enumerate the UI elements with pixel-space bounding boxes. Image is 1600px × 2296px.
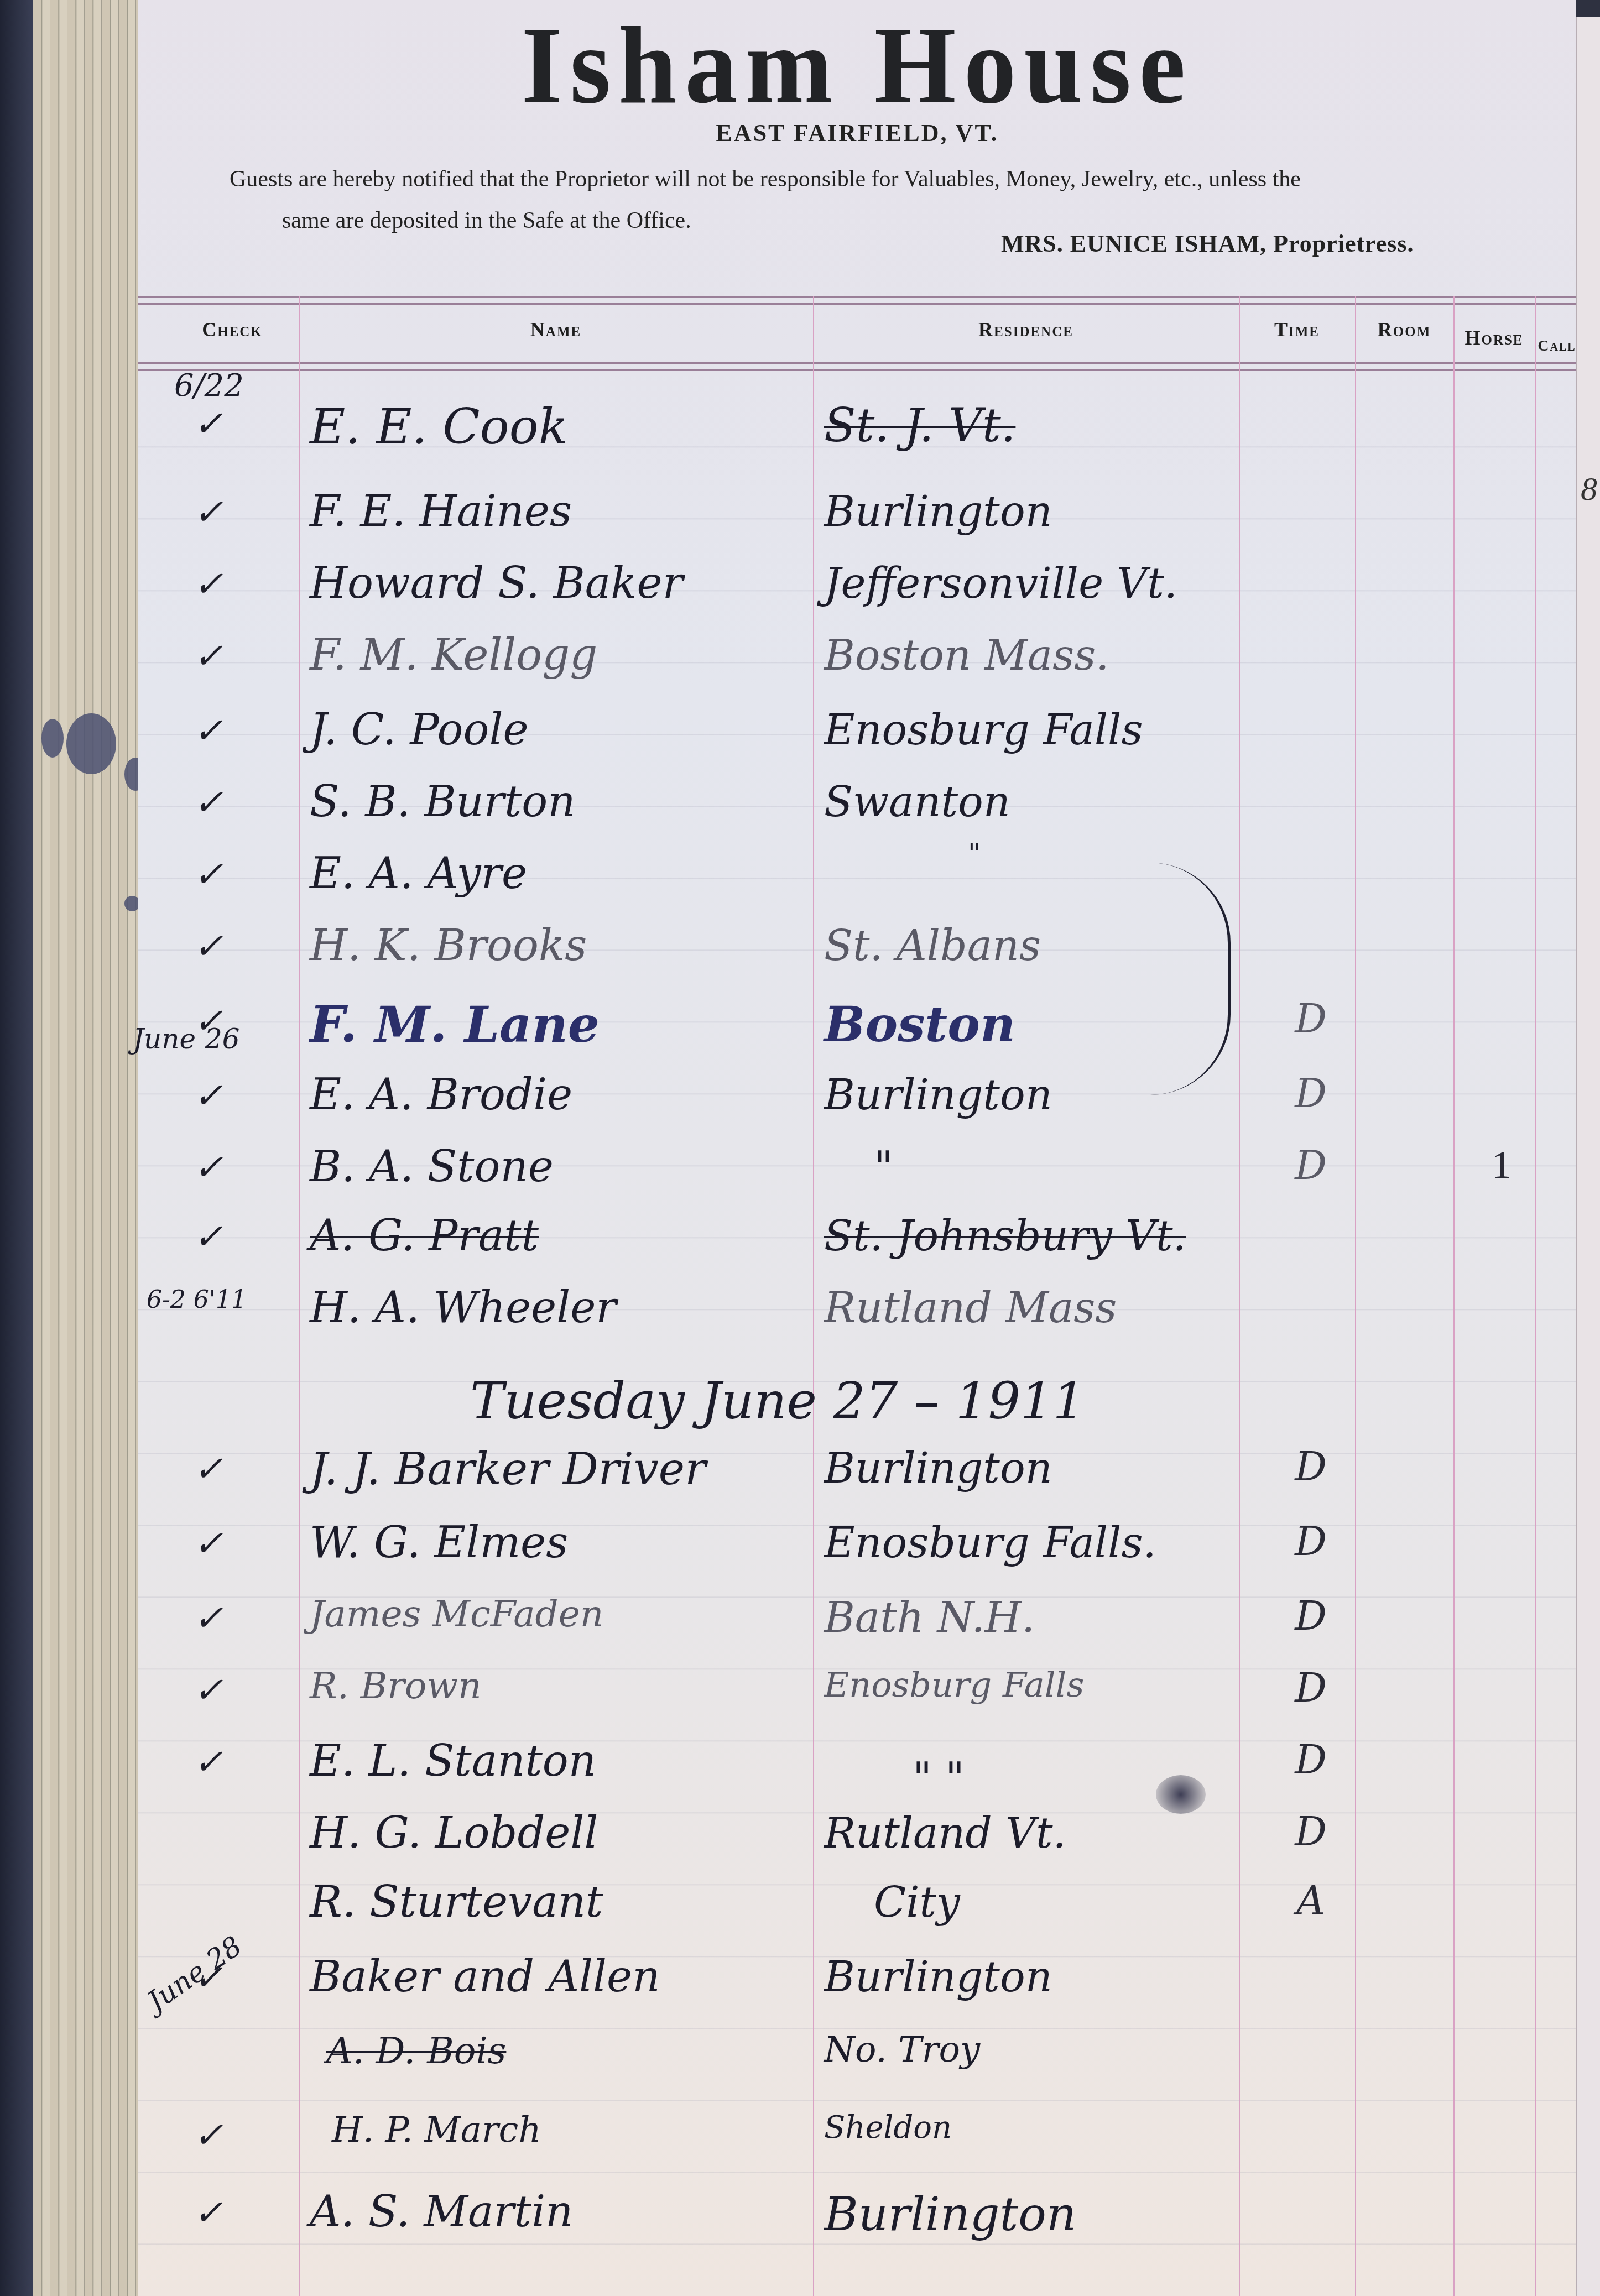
check-mark: ✓: [194, 926, 299, 967]
column-header-room: Room: [1355, 318, 1453, 341]
register-entry: ✓ James McFaden Bath N.H. D: [138, 1593, 1576, 1664]
proprietress-line: MRS. EUNICE ISHAM, Proprietress.: [1001, 229, 1414, 258]
guest-name: F. M. Lane: [310, 995, 819, 1054]
time-mark: D: [1255, 1443, 1366, 1490]
guest-name: E. E. Cook: [310, 398, 819, 455]
check-mark: ✓: [194, 854, 299, 895]
register-entry: A. D. Bois No. Troy: [138, 2029, 1576, 2101]
check-mark: ✓: [194, 492, 299, 533]
guest-name: R. Sturtevant: [310, 1877, 819, 1927]
time-mark: D: [1255, 1736, 1366, 1783]
check-mark: ✓: [194, 636, 299, 677]
guest-residence: Burlington: [824, 1952, 1244, 2001]
time-mark: D: [1255, 1142, 1366, 1188]
guest-residence: Swanton: [824, 777, 1244, 826]
header-top-rule: [138, 296, 1576, 305]
guest-name: E. A. Ayre: [310, 849, 819, 899]
register-entry: ✓ R. Brown Enosburg Falls D: [138, 1664, 1576, 1736]
column-header-call: Call: [1538, 337, 1576, 355]
column-header-name: Name: [299, 318, 813, 341]
register-entry: ✓ E. A. Brodie Burlington D: [138, 1070, 1576, 1142]
register-entry: ✓ E. L. Stanton " " D: [138, 1736, 1576, 1808]
time-mark: A: [1255, 1877, 1366, 1924]
guest-name: Howard S. Baker: [310, 559, 819, 608]
check-mark: ✓: [194, 711, 299, 752]
register-entry: ✓ J. C. Poole Enosburg Falls: [138, 705, 1576, 777]
check-mark: ✓: [194, 1670, 299, 1711]
guest-residence: Burlington: [824, 1070, 1244, 1119]
ink-blot: [41, 719, 64, 758]
check-mark: ✓: [194, 1001, 299, 1042]
column-header-check: Check: [166, 318, 299, 341]
guest-residence: St. J. Vt.: [824, 398, 1244, 452]
register-entry: H. G. Lobdell Rutland Vt. D: [138, 1808, 1576, 1880]
register-entry: ✓ Baker and Allen Burlington: [138, 1952, 1576, 2024]
guest-residence: Rutland Vt.: [824, 1808, 1244, 1857]
guest-name: A. G. Pratt: [310, 1211, 819, 1261]
guest-residence: City: [874, 1877, 1294, 1927]
guest-residence: Boston Mass.: [824, 630, 1244, 680]
guest-residence: Boston: [824, 995, 1244, 1053]
time-mark: D: [1255, 1593, 1366, 1639]
guest-name: S. B. Burton: [310, 777, 819, 827]
notice-line-1: Guests are hereby notified that the Prop…: [230, 166, 1301, 192]
guest-name: F. E. Haines: [310, 487, 819, 536]
guest-name: B. A. Stone: [310, 1142, 819, 1192]
guest-name: A. D. Bois: [326, 2029, 835, 2072]
register-entry: ✓ F. M. Lane Boston D: [138, 995, 1576, 1067]
horse-count: 1: [1460, 1142, 1543, 1188]
register-entry: ✓ W. G. Elmes Enosburg Falls. D: [138, 1518, 1576, 1590]
check-mark: ✓: [194, 1147, 299, 1188]
check-mark: ✓: [194, 564, 299, 605]
hotel-title: Isham House: [138, 3, 1576, 129]
page-stack-edge: [33, 0, 138, 2296]
guest-residence: Enosburg Falls: [824, 705, 1244, 754]
register-entry: ✓ B. A. Stone " D 1: [138, 1142, 1576, 1214]
guest-residence: No. Troy: [824, 2029, 1244, 2070]
next-page-mark: 8: [1581, 470, 1597, 508]
register-entry: H. A. Wheeler Rutland Mass: [138, 1283, 1576, 1355]
register-entry: ✓ A. G. Pratt St. Johnsbury Vt.: [138, 1211, 1576, 1283]
time-mark: D: [1255, 1518, 1366, 1564]
guest-residence: Burlington: [824, 1443, 1244, 1493]
guest-residence: ": [968, 838, 1388, 870]
column-header-residence: Residence: [813, 318, 1239, 341]
guest-residence: Rutland Mass: [824, 1283, 1244, 1332]
guest-name: H. G. Lobdell: [310, 1808, 819, 1858]
guest-name: H. A. Wheeler: [310, 1283, 819, 1333]
check-mark: ✓: [194, 2193, 299, 2234]
check-mark: ✓: [194, 1742, 299, 1783]
guest-name: H. K. Brooks: [310, 921, 819, 970]
check-mark: ✓: [194, 2115, 299, 2156]
check-mark: ✓: [194, 1958, 299, 1998]
book-binding: [0, 0, 33, 2296]
notice-line-2: same are deposited in the Safe at the Of…: [282, 207, 691, 234]
guest-residence: Enosburg Falls.: [824, 1518, 1244, 1567]
time-mark: D: [1255, 1808, 1366, 1855]
ink-blot: [66, 713, 116, 774]
guest-residence: Sheldon: [824, 2110, 1244, 2146]
check-mark: ✓: [194, 1449, 299, 1490]
guest-name: E. L. Stanton: [310, 1736, 819, 1786]
next-page-edge: [1576, 17, 1600, 2296]
time-mark: D: [1255, 1070, 1366, 1116]
guest-name: W. G. Elmes: [310, 1518, 819, 1568]
register-entry: ✓ F. E. Haines Burlington: [138, 487, 1576, 559]
guest-name: R. Brown: [310, 1664, 819, 1707]
guest-residence: St. Johnsbury Vt.: [824, 1211, 1244, 1260]
register-entry: R. Sturtevant City A: [138, 1877, 1576, 1949]
guest-name: J. J. Barker Driver: [310, 1443, 819, 1495]
guest-residence: ": [874, 1142, 1294, 1191]
register-entry: ✓ E. E. Cook St. J. Vt.: [138, 398, 1576, 470]
register-entry: ✓ H. P. March Sheldon: [138, 2110, 1576, 2182]
guest-name: A. S. Martin: [310, 2187, 819, 2237]
guest-residence: Bath N.H.: [824, 1593, 1244, 1642]
register-entry: ✓ A. S. Martin Burlington: [138, 2187, 1576, 2259]
hotel-location: EAST FAIRFIELD, VT.: [138, 119, 1576, 147]
check-mark: ✓: [194, 1217, 299, 1257]
register-entry: ✓ F. M. Kellogg Boston Mass.: [138, 630, 1576, 702]
guest-residence: Jeffersonville Vt.: [824, 559, 1244, 608]
guest-name: H. P. March: [332, 2110, 841, 2151]
guest-residence: Burlington: [824, 2187, 1244, 2241]
guest-name: F. M. Kellogg: [310, 630, 819, 680]
time-mark: D: [1255, 1664, 1366, 1711]
time-mark: D: [1255, 995, 1366, 1042]
date-heading: Tuesday June 27 – 1911: [470, 1371, 1085, 1431]
guest-name: E. A. Brodie: [310, 1070, 819, 1120]
register-entry: ✓ J. J. Barker Driver Burlington D: [138, 1443, 1576, 1515]
check-mark: ✓: [194, 1076, 299, 1116]
column-header-horse: Horse: [1453, 326, 1535, 349]
check-mark: ✓: [194, 782, 299, 823]
guest-residence: Enosburg Falls: [824, 1664, 1244, 1705]
register-entry: ✓ H. K. Brooks St. Albans: [138, 921, 1576, 993]
ink-blot: [124, 896, 140, 911]
register-entry: ✓ Howard S. Baker Jeffersonville Vt.: [138, 559, 1576, 630]
guest-name: Baker and Allen: [310, 1952, 819, 2002]
register-entry: ✓ E. A. Ayre ": [138, 849, 1576, 921]
check-mark: ✓: [194, 1523, 299, 1564]
check-mark: ✓: [194, 404, 299, 445]
guest-name: James McFaden: [310, 1593, 819, 1635]
column-header-time: Time: [1239, 318, 1355, 341]
header-bottom-rule: [138, 362, 1576, 371]
check-mark: ✓: [194, 1598, 299, 1639]
guest-residence: Burlington: [824, 487, 1244, 536]
guest-name: J. C. Poole: [310, 705, 819, 755]
